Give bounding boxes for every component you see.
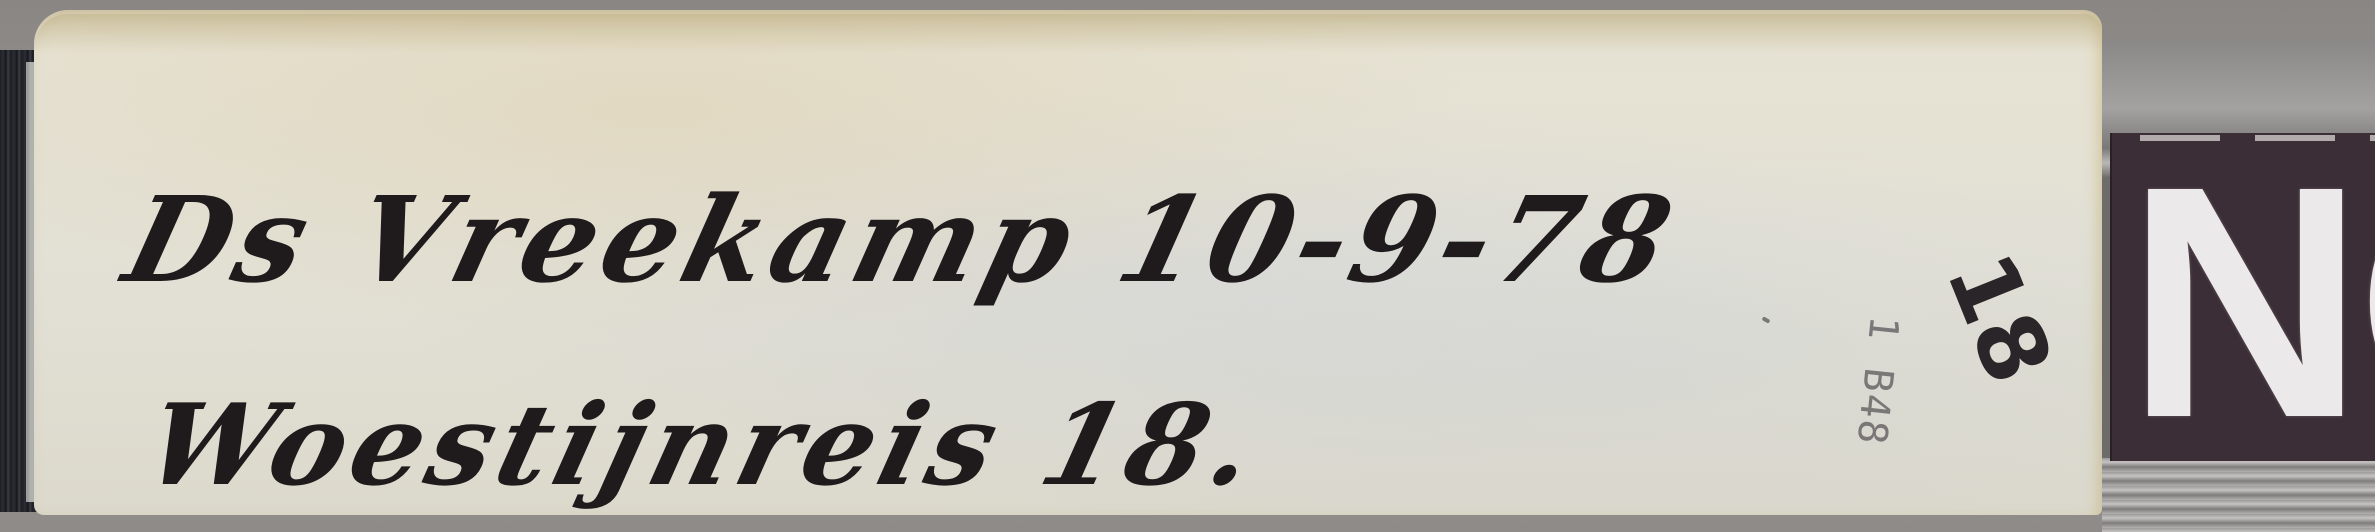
handwritten-subtitle-line: Woestijnreis 18. (134, 380, 1274, 511)
label-fold-shadow (34, 14, 2102, 54)
sign-plate: NO (2110, 133, 2375, 461)
handwritten-title-line: Ds Vreekamp 10-9-78 (113, 170, 1691, 309)
sign-text: NO (2126, 137, 2375, 461)
sign-top-dashes (2140, 135, 2375, 141)
photo-scene: Ds Vreekamp 10-9-78 Woestijnreis 18. 18 … (0, 0, 2375, 532)
sign-bottom-rail (2102, 458, 2375, 532)
